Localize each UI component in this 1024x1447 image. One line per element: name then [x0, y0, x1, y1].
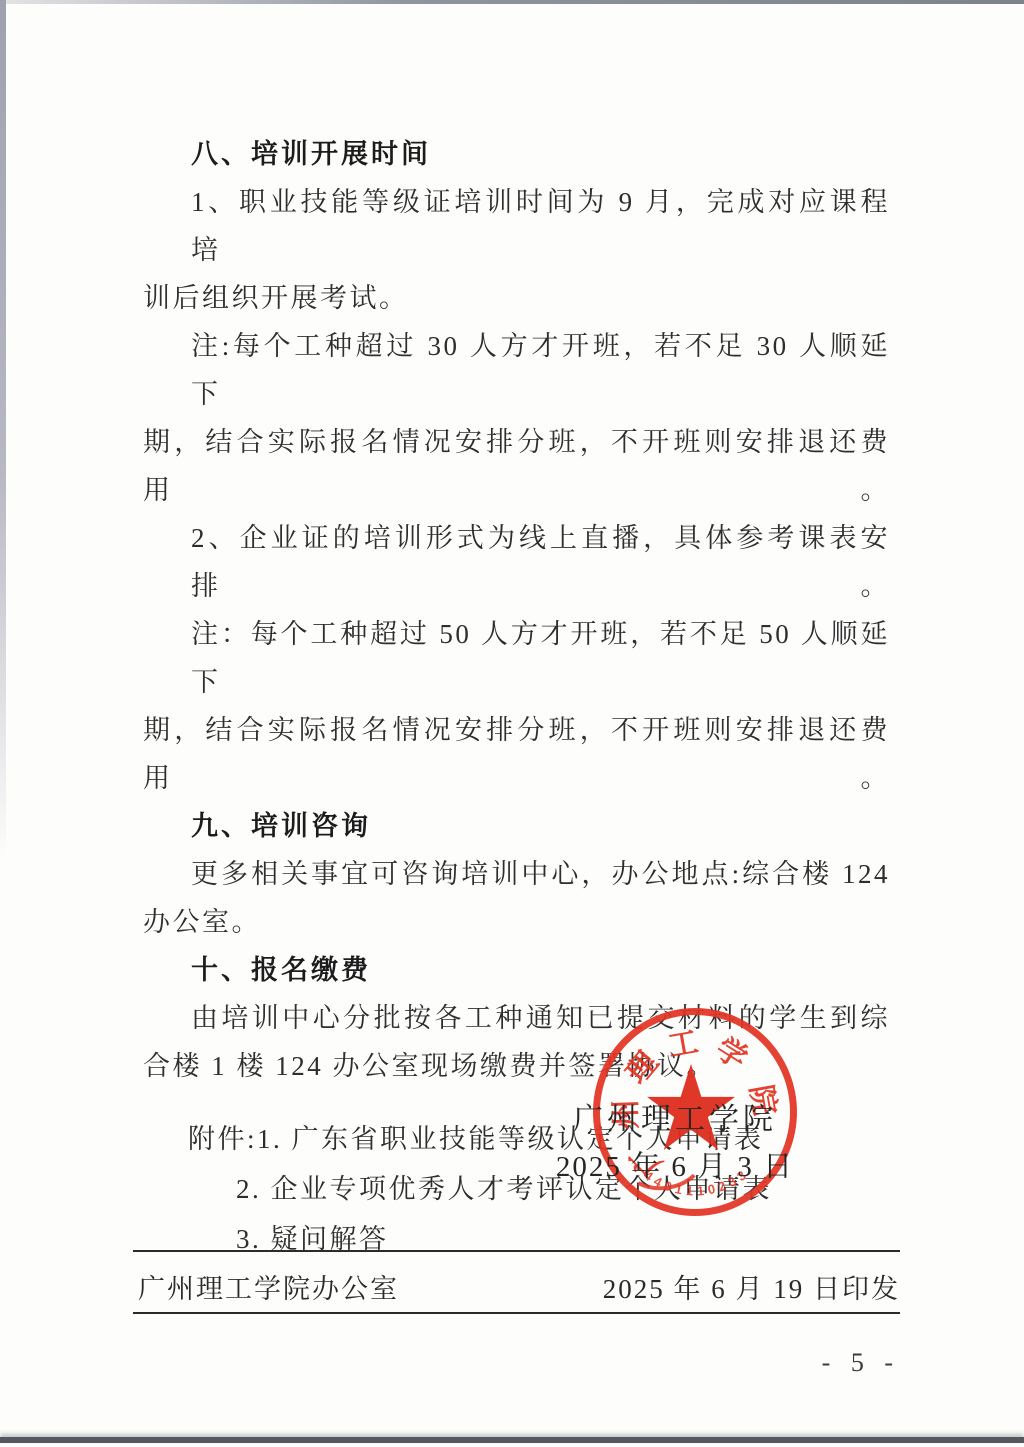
page-number: - 5 -	[822, 1348, 900, 1378]
signature-org: 广州理工学院	[553, 1094, 797, 1138]
scan-edge-top	[0, 0, 1024, 4]
text-line: 2、企业证的培训形式为线上直播，具体参考课表安排。	[143, 514, 890, 610]
text-line: 更多相关事宜可咨询培训中心，办公地点:综合楼 124	[143, 850, 890, 898]
scan-edge-bottom	[0, 1437, 1024, 1443]
footer-print-date: 2025 年 6 月 19 日印发	[603, 1267, 900, 1306]
text-line: 办公室。	[143, 898, 890, 946]
text-line: 1、职业技能等级证培训时间为 9 月，完成对应课程培	[143, 178, 890, 274]
section-heading-9: 九、培训咨询	[143, 802, 890, 850]
footer-issuing-office: 广州理工学院办公室	[133, 1267, 399, 1306]
text-line: 注:每个工种超过 30 人方才开班，若不足 30 人顺延下	[143, 322, 890, 418]
signature-date: 2025 年 6 月 3 日	[548, 1144, 802, 1185]
section-heading-10: 十、报名缴费	[143, 946, 890, 994]
scan-edge-left	[0, 0, 6, 860]
document-page: 八、培训开展时间 1、职业技能等级证培训时间为 9 月，完成对应课程培 训后组织…	[0, 0, 1024, 1447]
section-heading-8: 八、培训开展时间	[143, 130, 890, 178]
text-line: 注：每个工种超过 50 人方才开班，若不足 50 人顺延下	[143, 610, 890, 706]
footer-rule-bottom	[133, 1312, 900, 1314]
text-line: 训后组织开展考试。	[143, 274, 890, 322]
footer-rule-top	[133, 1250, 900, 1252]
attachment-item: 3. 疑问解答	[143, 1214, 890, 1264]
footer: 广州理工学院办公室 2025 年 6 月 19 日印发	[133, 1262, 900, 1310]
text-line: 期，结合实际报名情况安排分班，不开班则安排退还费用。	[143, 706, 890, 802]
text-line: 期，结合实际报名情况安排分班，不开班则安排退还费用。	[143, 418, 890, 514]
